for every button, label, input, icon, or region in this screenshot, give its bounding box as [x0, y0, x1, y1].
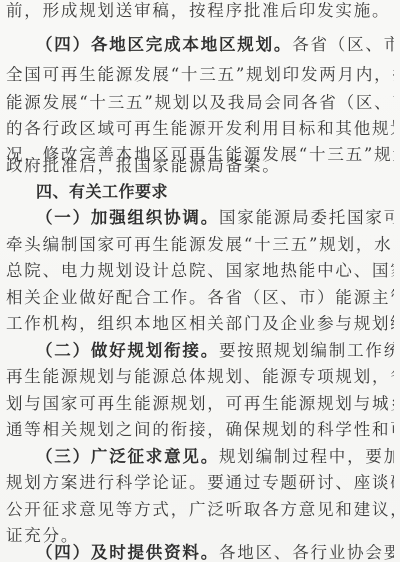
text-line: 前，形成规划送审稿，按程序批准后印发实施。: [6, 0, 394, 24]
text-line: 再生能源规划与能源总体规划、能源专项规划，省级可再生能源规: [6, 364, 394, 390]
text-line: 的各行政区域可再生能源开发利用目标和其他规划内容的衔接情: [6, 116, 394, 142]
document-page: 前，形成规划送审稿，按程序批准后印发实施。 （四）各地区完成本地区规划。各省（区…: [0, 0, 400, 562]
text-line: 公开征求意见等方式，广泛听取各方意见和建议，确保规划研究论: [6, 497, 394, 523]
text-line: 能源发展“十三五”规划以及我局会同各省（区、市）人民政府商定: [6, 90, 394, 116]
paragraph-text: 通等相关规划之间的衔接，确保规划的科学性和可操作性。: [6, 420, 394, 439]
paragraph-lead: （四）及时提供资料。: [36, 543, 219, 562]
paragraph-text: 的各行政区域可再生能源开发利用目标和其他规划内容的衔接情: [6, 119, 394, 138]
paragraph-text: 规划方案进行科学论证。要通过专题研讨、座谈研讨、专家论证和: [6, 473, 394, 492]
paragraph-text: 要按照规划编制工作统一部署，做好可: [219, 341, 394, 360]
paragraph-text: 总院、电力规划设计总院、国家地热能中心、国家海洋技术中心及: [6, 261, 394, 280]
paragraph-text: 划与国家可再生能源规划，可再生能源规划与城乡、国土、环保、交: [6, 394, 394, 413]
paragraph-text: 各省（区、市）能源主管部门在: [292, 35, 394, 54]
paragraph-text: 公开征求意见等方式，广泛听取各方意见和建议，确保规划研究论: [6, 500, 394, 519]
text-line: （四）各地区完成本地区规划。各省（区、市）能源主管部门在: [36, 32, 394, 58]
paragraph-lead: （二）做好规划衔接。: [36, 341, 219, 360]
text-line: （一）加强组织协调。国家能源局委托国家可再生能源中心: [36, 205, 394, 231]
section-heading: 四、有关工作要求: [36, 179, 394, 205]
text-line: （四）及时提供资料。各地区、各行业协会要积极配合，按照: [36, 540, 394, 562]
paragraph-text: 各地区、各行业协会要积极配合，按照: [219, 543, 394, 562]
text-line: 规划方案进行科学论证。要通过专题研讨、座谈研讨、专家论证和: [6, 470, 394, 496]
text-line: 总院、电力规划设计总院、国家地热能中心、国家海洋技术中心及: [6, 258, 394, 284]
text-line: 全国可再生能源发展“十三五”规划印发两月内，按照全国可再生: [6, 62, 394, 88]
paragraph-text: 国家能源局委托国家可再生能源中心: [219, 208, 394, 227]
paragraph-text: 相关企业做好配合工作。各省（区、市）能源主管部门应成立相应: [6, 288, 394, 307]
paragraph-text: 前，形成规划送审稿，按程序批准后印发实施。: [6, 1, 390, 20]
paragraph-text: 再生能源规划与能源总体规划、能源专项规划，省级可再生能源规: [6, 367, 394, 386]
text-line: （二）做好规划衔接。要按照规划编制工作统一部署，做好可: [36, 338, 394, 364]
text-line: 牵头编制国家可再生能源发展“十三五”规划，水电水利规划设计: [6, 232, 394, 258]
paragraph-lead: （四）各地区完成本地区规划。: [36, 35, 292, 54]
paragraph-text: 工作机构，组织本地区相关部门及企业参与规划编制工作。: [6, 314, 394, 333]
paragraph-text: 牵头编制国家可再生能源发展“十三五”规划，水电水利规划设计: [6, 235, 394, 254]
text-line: （三）广泛征求意见。规划编制过程中，要加强调查研究，对: [36, 444, 394, 470]
text-line: 相关企业做好配合工作。各省（区、市）能源主管部门应成立相应: [6, 285, 394, 311]
paragraph-text: 能源发展“十三五”规划以及我局会同各省（区、市）人民政府商定: [6, 93, 394, 112]
heading-text: 四、有关工作要求: [36, 182, 168, 201]
text-line: 通等相关规划之间的衔接，确保规划的科学性和可操作性。: [6, 417, 394, 443]
paragraph-text: 政府批准后，报国家能源局备案。: [6, 156, 281, 175]
text-line: 工作机构，组织本地区相关部门及企业参与规划编制工作。: [6, 311, 394, 337]
paragraph-lead: （一）加强组织协调。: [36, 208, 219, 227]
paragraph-text: 规划编制过程中，要加强调查研究，对: [219, 447, 394, 466]
paragraph-text: 全国可再生能源发展“十三五”规划印发两月内，按照全国可再生: [6, 65, 394, 84]
text-line: 划与国家可再生能源规划，可再生能源规划与城乡、国土、环保、交: [6, 391, 394, 417]
text-line: 政府批准后，报国家能源局备案。: [6, 153, 394, 179]
paragraph-lead: （三）广泛征求意见。: [36, 447, 219, 466]
